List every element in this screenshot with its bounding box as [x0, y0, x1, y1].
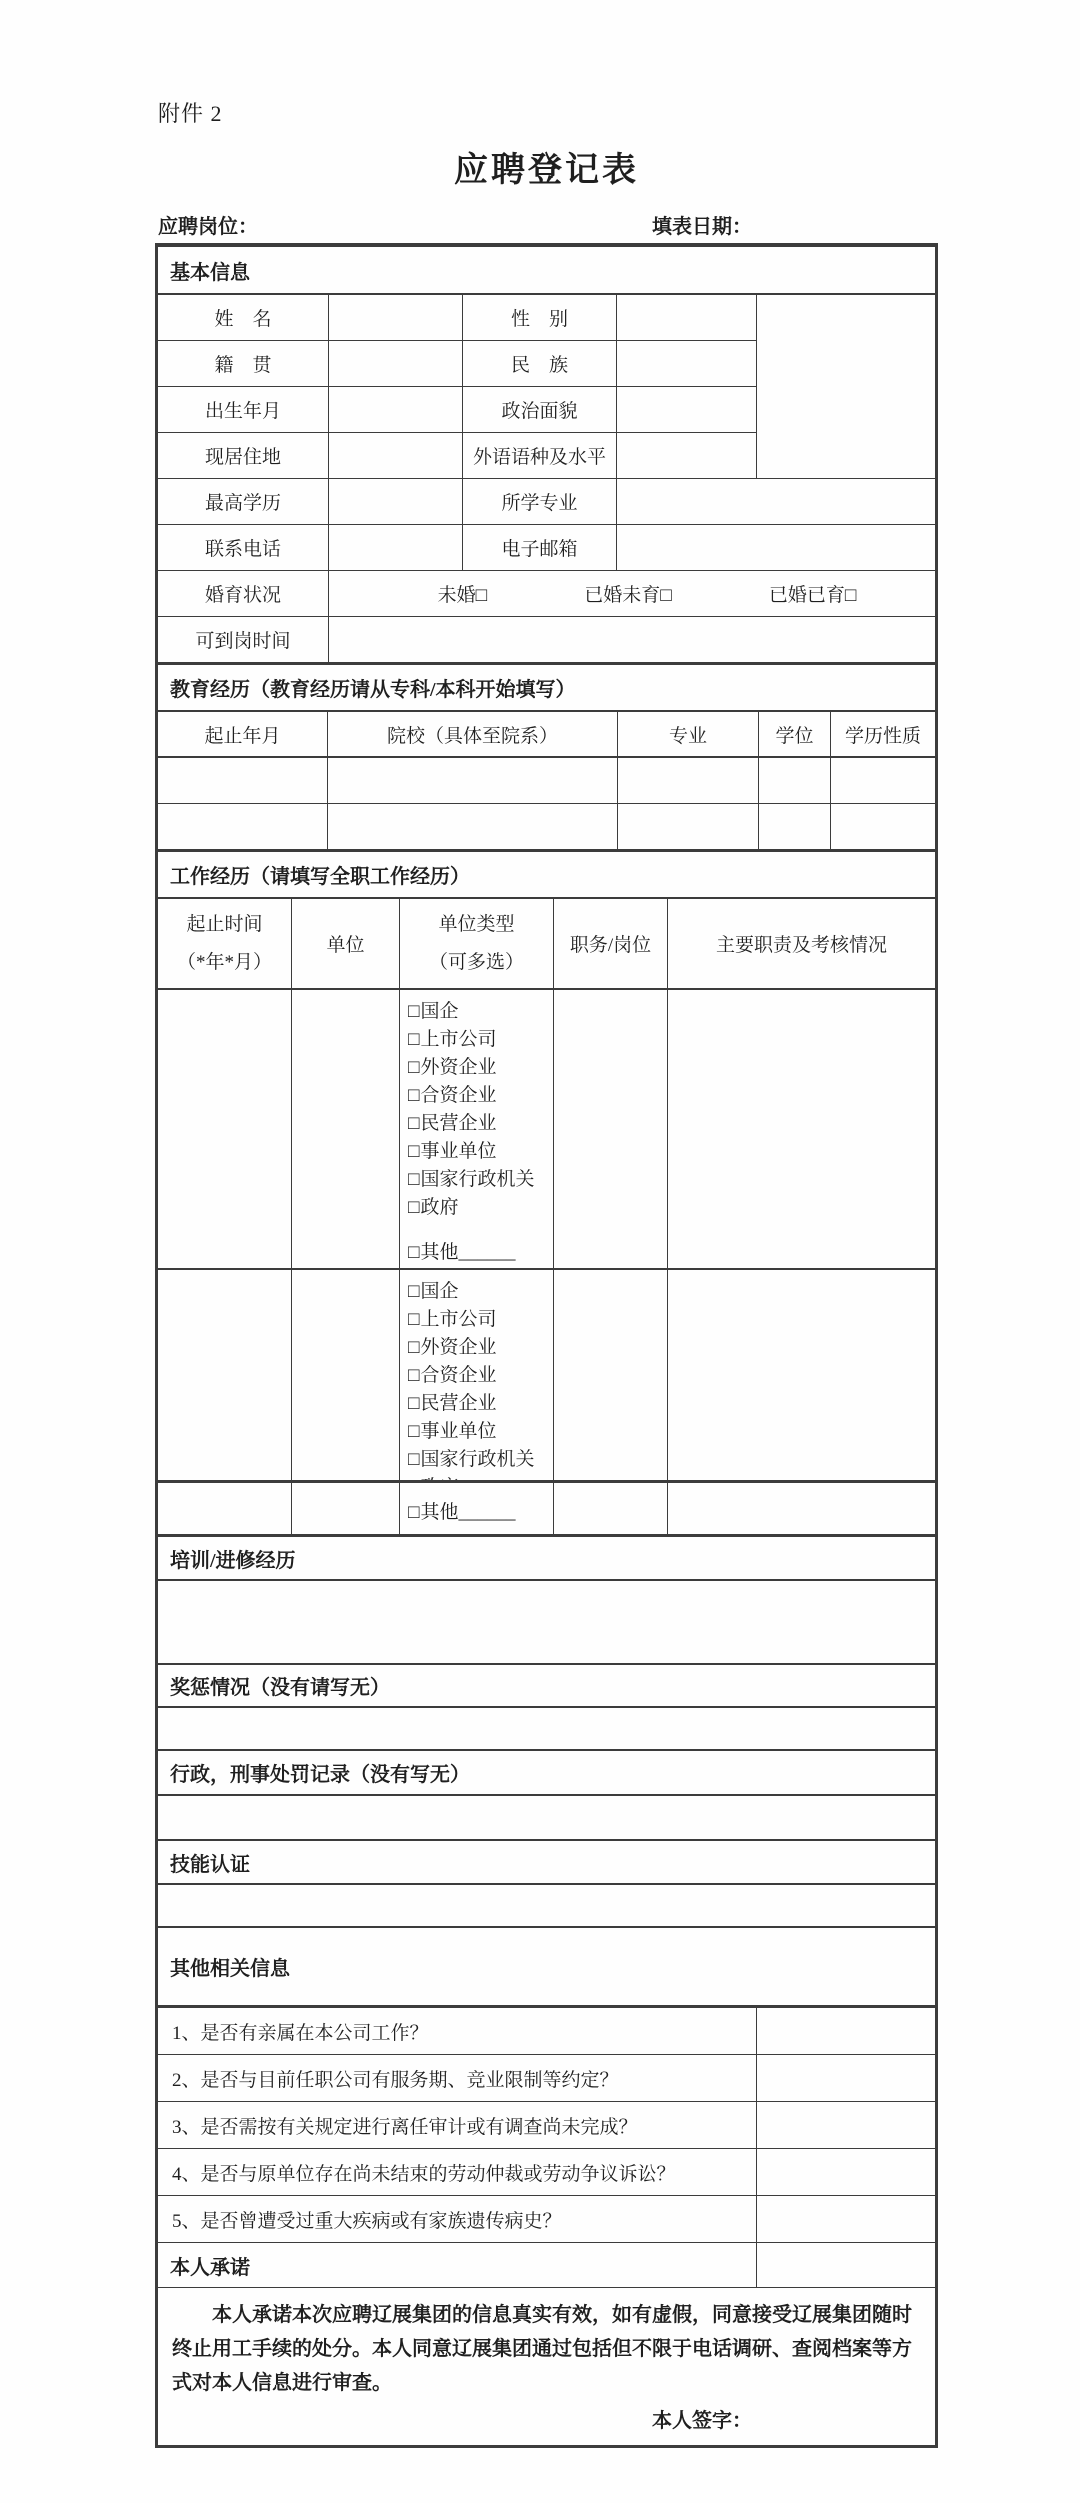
- field-label-political-status: 政治面貌: [463, 387, 617, 433]
- unit-type-checkbox[interactable]: □: [408, 1110, 419, 1138]
- field-label-highest-education: 最高学历: [158, 479, 329, 525]
- residence-input-cell[interactable]: [329, 433, 463, 479]
- education-table: 教育经历（教育经历请从专科/本科开始填写） 起止年月 院校（具体至院系） 专业 …: [157, 663, 936, 850]
- edu-header-major: 专业: [618, 711, 759, 757]
- form-title: 应聘登记表: [155, 142, 938, 191]
- unit-type-checkbox[interactable]: □: [408, 1138, 419, 1166]
- unit-type-list: □国企 □上市公司 □外资企业 □合资企业: [408, 998, 553, 1222]
- question-text: 5、是否曾遭受过重大疾病或有家族遗传病史？: [158, 2196, 757, 2243]
- unit-type-label: 民营企业: [420, 1113, 496, 1134]
- unit-type-label-other: 其他______: [420, 1502, 515, 1523]
- rewards-input-cell[interactable]: [158, 1707, 936, 1750]
- unit-type-option: □事业单位: [408, 1418, 553, 1446]
- unit-type-checklist-cell: □国企 □上市公司 □外资企业 □合资企业: [400, 1269, 554, 1508]
- work-continuation-table: □其他______: [157, 1482, 936, 1535]
- education-section-title: 教育经历（教育经历请从专科/本科开始填写）: [158, 664, 936, 711]
- question-answer-cell[interactable]: [757, 2149, 936, 2196]
- availability-input-cell[interactable]: [329, 617, 936, 663]
- unit-type-checkbox[interactable]: □: [408, 1446, 419, 1474]
- unit-type-checkbox[interactable]: □: [408, 1194, 419, 1222]
- question-text: 4、是否与原单位存在尚未结束的劳动仲裁或劳动争议诉讼？: [158, 2149, 757, 2196]
- pledge-cell: 本人承诺本次应聘辽展集团的信息真实有效，如有虚假，同意接受辽展集团随时终止用工手…: [158, 2288, 936, 2446]
- position-applied-label: 应聘岗位：: [158, 210, 258, 239]
- unit-type-option: □国企: [408, 1278, 553, 1306]
- field-label-availability: 可到岗时间: [158, 617, 329, 663]
- questions-table: 1、是否有亲属在本公司工作？ 2、是否与目前任职公司有服务期、竞业限制等约定？ …: [157, 2007, 936, 2446]
- unit-type-option: □上市公司: [408, 1306, 553, 1334]
- questions-list: 1、是否有亲属在本公司工作？ 2、是否与目前任职公司有服务期、竞业限制等约定？ …: [158, 2008, 936, 2243]
- other-info-section-title: 其他相关信息: [158, 1927, 936, 2006]
- edu-type-input-cell[interactable]: [831, 804, 936, 850]
- marital-option-single[interactable]: 未婚□: [438, 580, 487, 607]
- question-row: 1、是否有亲属在本公司工作？: [158, 2008, 936, 2055]
- unit-type-option: □合资企业: [408, 1082, 553, 1110]
- unit-type-option: □事业单位: [408, 1138, 553, 1166]
- work-company-input-cell[interactable]: [292, 1269, 400, 1508]
- field-label-email: 电子邮箱: [463, 525, 617, 571]
- pledge-text: 本人承诺本次应聘辽展集团的信息真实有效，如有虚假，同意接受辽展集团随时终止用工手…: [172, 2298, 921, 2400]
- unit-type-option: □外资企业: [408, 1054, 553, 1082]
- unit-type-label: 上市公司: [420, 1029, 496, 1050]
- unit-type-label: 合资企业: [420, 1085, 496, 1106]
- unit-type-label: 合资企业: [420, 1365, 496, 1386]
- birth-date-input-cell[interactable]: [329, 387, 463, 433]
- question-row: 4、是否与原单位存在尚未结束的劳动仲裁或劳动争议诉讼？: [158, 2149, 936, 2196]
- edu-header-type: 学历性质: [831, 711, 936, 757]
- unit-type-label: 外资企业: [420, 1057, 496, 1078]
- edu-header-school: 院校（具体至院系）: [328, 711, 618, 757]
- field-label-gender: 性 别: [463, 294, 617, 341]
- skills-input-cell[interactable]: [158, 1884, 936, 1927]
- penalty-section-title: 行政，刑事处罚记录（没有写无）: [158, 1750, 936, 1795]
- work-section-title: 工作经历（请填写全职工作经历）: [158, 851, 936, 898]
- work-duty-input-cell[interactable]: [668, 1269, 936, 1508]
- edu-header-period: 起止年月: [158, 711, 328, 757]
- unit-type-label: 国企: [420, 1001, 458, 1022]
- question-answer-cell[interactable]: [757, 2102, 936, 2149]
- unit-type-checkbox[interactable]: □: [408, 1362, 419, 1390]
- unit-type-label: 事业单位: [420, 1421, 496, 1442]
- work-period-input-cell[interactable]: [158, 989, 292, 1269]
- unit-type-checkbox[interactable]: □: [408, 998, 419, 1026]
- unit-type-option: □政府: [408, 1194, 553, 1222]
- unit-type-checkbox[interactable]: □: [408, 1278, 419, 1306]
- unit-type-option: □民营企业: [408, 1110, 553, 1138]
- question-text: 1、是否有亲属在本公司工作？: [158, 2008, 757, 2055]
- unit-type-label: 外资企业: [420, 1337, 496, 1358]
- unit-type-option: □国企: [408, 998, 553, 1026]
- ethnicity-input-cell[interactable]: [617, 341, 757, 387]
- marital-options-cell: 未婚□ 已婚未育□ 已婚已育□: [329, 571, 936, 617]
- work-position-input-cell[interactable]: [554, 989, 668, 1269]
- unit-type-checkbox[interactable]: □: [408, 1306, 419, 1334]
- question-answer-cell[interactable]: [757, 2196, 936, 2243]
- signature-label[interactable]: 本人签字：: [172, 2404, 921, 2433]
- question-row: 2、是否与目前任职公司有服务期、竞业限制等约定？: [158, 2055, 936, 2102]
- edu-major-input-cell[interactable]: [618, 804, 759, 850]
- unit-type-checkbox[interactable]: □: [408, 1239, 419, 1267]
- unit-type-checkbox[interactable]: □: [408, 1334, 419, 1362]
- photo-cell[interactable]: [757, 294, 936, 479]
- edu-period-input-cell[interactable]: [158, 804, 328, 850]
- work-position-input-cell[interactable]: [554, 1483, 668, 1535]
- work-header-company: 单位: [292, 898, 400, 989]
- edu-period-input-cell[interactable]: [158, 757, 328, 804]
- work-company-input-cell[interactable]: [292, 1483, 400, 1535]
- native-place-input-cell[interactable]: [329, 341, 463, 387]
- work-duty-input-cell[interactable]: [668, 1483, 936, 1535]
- unit-type-option: □外资企业: [408, 1334, 553, 1362]
- basic-info-table: 基本信息 姓 名 性 别 籍 贯 民 族 出生年月 政治面貌 现: [157, 245, 936, 663]
- highest-education-input-cell[interactable]: [329, 479, 463, 525]
- unit-type-checkbox[interactable]: □: [408, 1082, 419, 1110]
- work-header-position: 职务/岗位: [554, 898, 668, 989]
- edu-header-degree: 学位: [759, 711, 831, 757]
- field-label-name: 姓 名: [158, 294, 329, 341]
- penalty-input-cell[interactable]: [158, 1795, 936, 1840]
- unit-type-checkbox[interactable]: □: [408, 1390, 419, 1418]
- field-label-foreign-language: 外语语种及水平: [463, 433, 617, 479]
- gender-input-cell[interactable]: [617, 294, 757, 341]
- field-label-birth-date: 出生年月: [158, 387, 329, 433]
- unit-type-label-other: 其他______: [420, 1242, 515, 1263]
- question-text: 2、是否与目前任职公司有服务期、竞业限制等约定？: [158, 2055, 757, 2102]
- work-header-unit-type: 单位类型 （可多选）: [400, 898, 554, 989]
- field-label-ethnicity: 民 族: [463, 341, 617, 387]
- field-label-phone: 联系电话: [158, 525, 329, 571]
- edu-school-input-cell[interactable]: [328, 804, 618, 850]
- unit-type-checklist-cell: □国企 □上市公司 □外资企业 □合资企业: [400, 989, 554, 1269]
- edu-degree-input-cell[interactable]: [759, 804, 831, 850]
- unit-type-label: 事业单位: [420, 1141, 496, 1162]
- rewards-section-title: 奖惩情况（没有请写无）: [158, 1664, 936, 1707]
- training-section-title: 培训/进修经历: [158, 1536, 936, 1580]
- field-label-marital-status: 婚育状况: [158, 571, 329, 617]
- work-duty-input-cell[interactable]: [668, 989, 936, 1269]
- work-position-input-cell[interactable]: [554, 1269, 668, 1508]
- unit-type-label: 国企: [420, 1281, 458, 1302]
- unit-type-option: □民营企业: [408, 1390, 553, 1418]
- free-text-sections-table: 培训/进修经历 奖惩情况（没有请写无） 行政，刑事处罚记录（没有写无） 技能认证…: [157, 1535, 936, 2007]
- skills-section-title: 技能认证: [158, 1840, 936, 1884]
- question-answer-cell[interactable]: [757, 2008, 936, 2055]
- basic-info-section-title: 基本信息: [158, 246, 936, 294]
- field-label-residence: 现居住地: [158, 433, 329, 479]
- unit-type-checkbox[interactable]: □: [408, 1418, 419, 1446]
- second-page-table: □其他______ 培训/进修经历 奖惩情况（没有请写无） 行政，刑事处罚记录（…: [155, 1480, 938, 2448]
- unit-type-checkbox[interactable]: □: [408, 1054, 419, 1082]
- unit-type-option: □国家行政机关: [408, 1446, 553, 1474]
- unit-type-list: □国企 □上市公司 □外资企业 □合资企业: [408, 1278, 553, 1502]
- unit-type-checkbox[interactable]: □: [408, 1499, 419, 1527]
- email-input-cell[interactable]: [617, 525, 936, 571]
- marital-option-married-with-child[interactable]: 已婚已育□: [769, 580, 856, 607]
- unit-type-label: 政府: [420, 1197, 458, 1218]
- commitment-section-title: 本人承诺: [158, 2243, 757, 2288]
- name-input-cell[interactable]: [329, 294, 463, 341]
- edu-degree-input-cell[interactable]: [759, 757, 831, 804]
- unit-type-checkbox[interactable]: □: [408, 1166, 419, 1194]
- edu-school-input-cell[interactable]: [328, 757, 618, 804]
- field-label-major: 所学专业: [463, 479, 617, 525]
- question-row: 5、是否曾遭受过重大疾病或有家族遗传病史？: [158, 2196, 936, 2243]
- edu-type-input-cell[interactable]: [831, 757, 936, 804]
- work-header-period: 起止时间 （*年*月）: [158, 898, 292, 989]
- question-text: 3、是否需按有关规定进行离任审计或有调查尚未完成？: [158, 2102, 757, 2149]
- unit-type-option: □上市公司: [408, 1026, 553, 1054]
- work-experience-table: 工作经历（请填写全职工作经历） 起止时间 （*年*月） 单位 单位类型 （可多选…: [157, 850, 936, 1508]
- main-form-table: 基本信息 姓 名 性 别 籍 贯 民 族 出生年月 政治面貌 现: [155, 243, 938, 1510]
- major-input-cell[interactable]: [617, 479, 936, 525]
- training-input-cell[interactable]: [158, 1580, 936, 1664]
- commitment-answer-cell[interactable]: [757, 2243, 936, 2288]
- work-period-input-cell[interactable]: [158, 1483, 292, 1535]
- application-form-page: 附件 2 应聘登记表 应聘岗位： 填表日期： 基本信息 姓 名 性 别 籍 贯 …: [0, 0, 1080, 2503]
- work-period-input-cell[interactable]: [158, 1269, 292, 1508]
- work-header-duty: 主要职责及考核情况: [668, 898, 936, 989]
- unit-type-option: □国家行政机关: [408, 1166, 553, 1194]
- question-answer-cell[interactable]: [757, 2055, 936, 2102]
- unit-type-option-other: □其他______: [408, 1499, 553, 1527]
- unit-type-label: 国家行政机关: [420, 1169, 534, 1190]
- unit-type-checkbox[interactable]: □: [408, 1026, 419, 1054]
- marital-option-married-no-child[interactable]: 已婚未育□: [584, 580, 671, 607]
- attachment-label: 附件 2: [158, 97, 223, 128]
- political-status-input-cell[interactable]: [617, 387, 757, 433]
- work-company-input-cell[interactable]: [292, 989, 400, 1269]
- field-label-native-place: 籍 贯: [158, 341, 329, 387]
- unit-type-option: □合资企业: [408, 1362, 553, 1390]
- unit-type-option-other: □其他______: [408, 1239, 553, 1267]
- question-row: 3、是否需按有关规定进行离任审计或有调查尚未完成？: [158, 2102, 936, 2149]
- foreign-language-input-cell[interactable]: [617, 433, 757, 479]
- phone-input-cell[interactable]: [329, 525, 463, 571]
- fill-date-label: 填表日期：: [652, 210, 752, 239]
- edu-major-input-cell[interactable]: [618, 757, 759, 804]
- unit-type-label: 民营企业: [420, 1393, 496, 1414]
- unit-type-label: 国家行政机关: [420, 1449, 534, 1470]
- unit-type-checklist-cell: □其他______: [400, 1483, 554, 1535]
- unit-type-label: 上市公司: [420, 1309, 496, 1330]
